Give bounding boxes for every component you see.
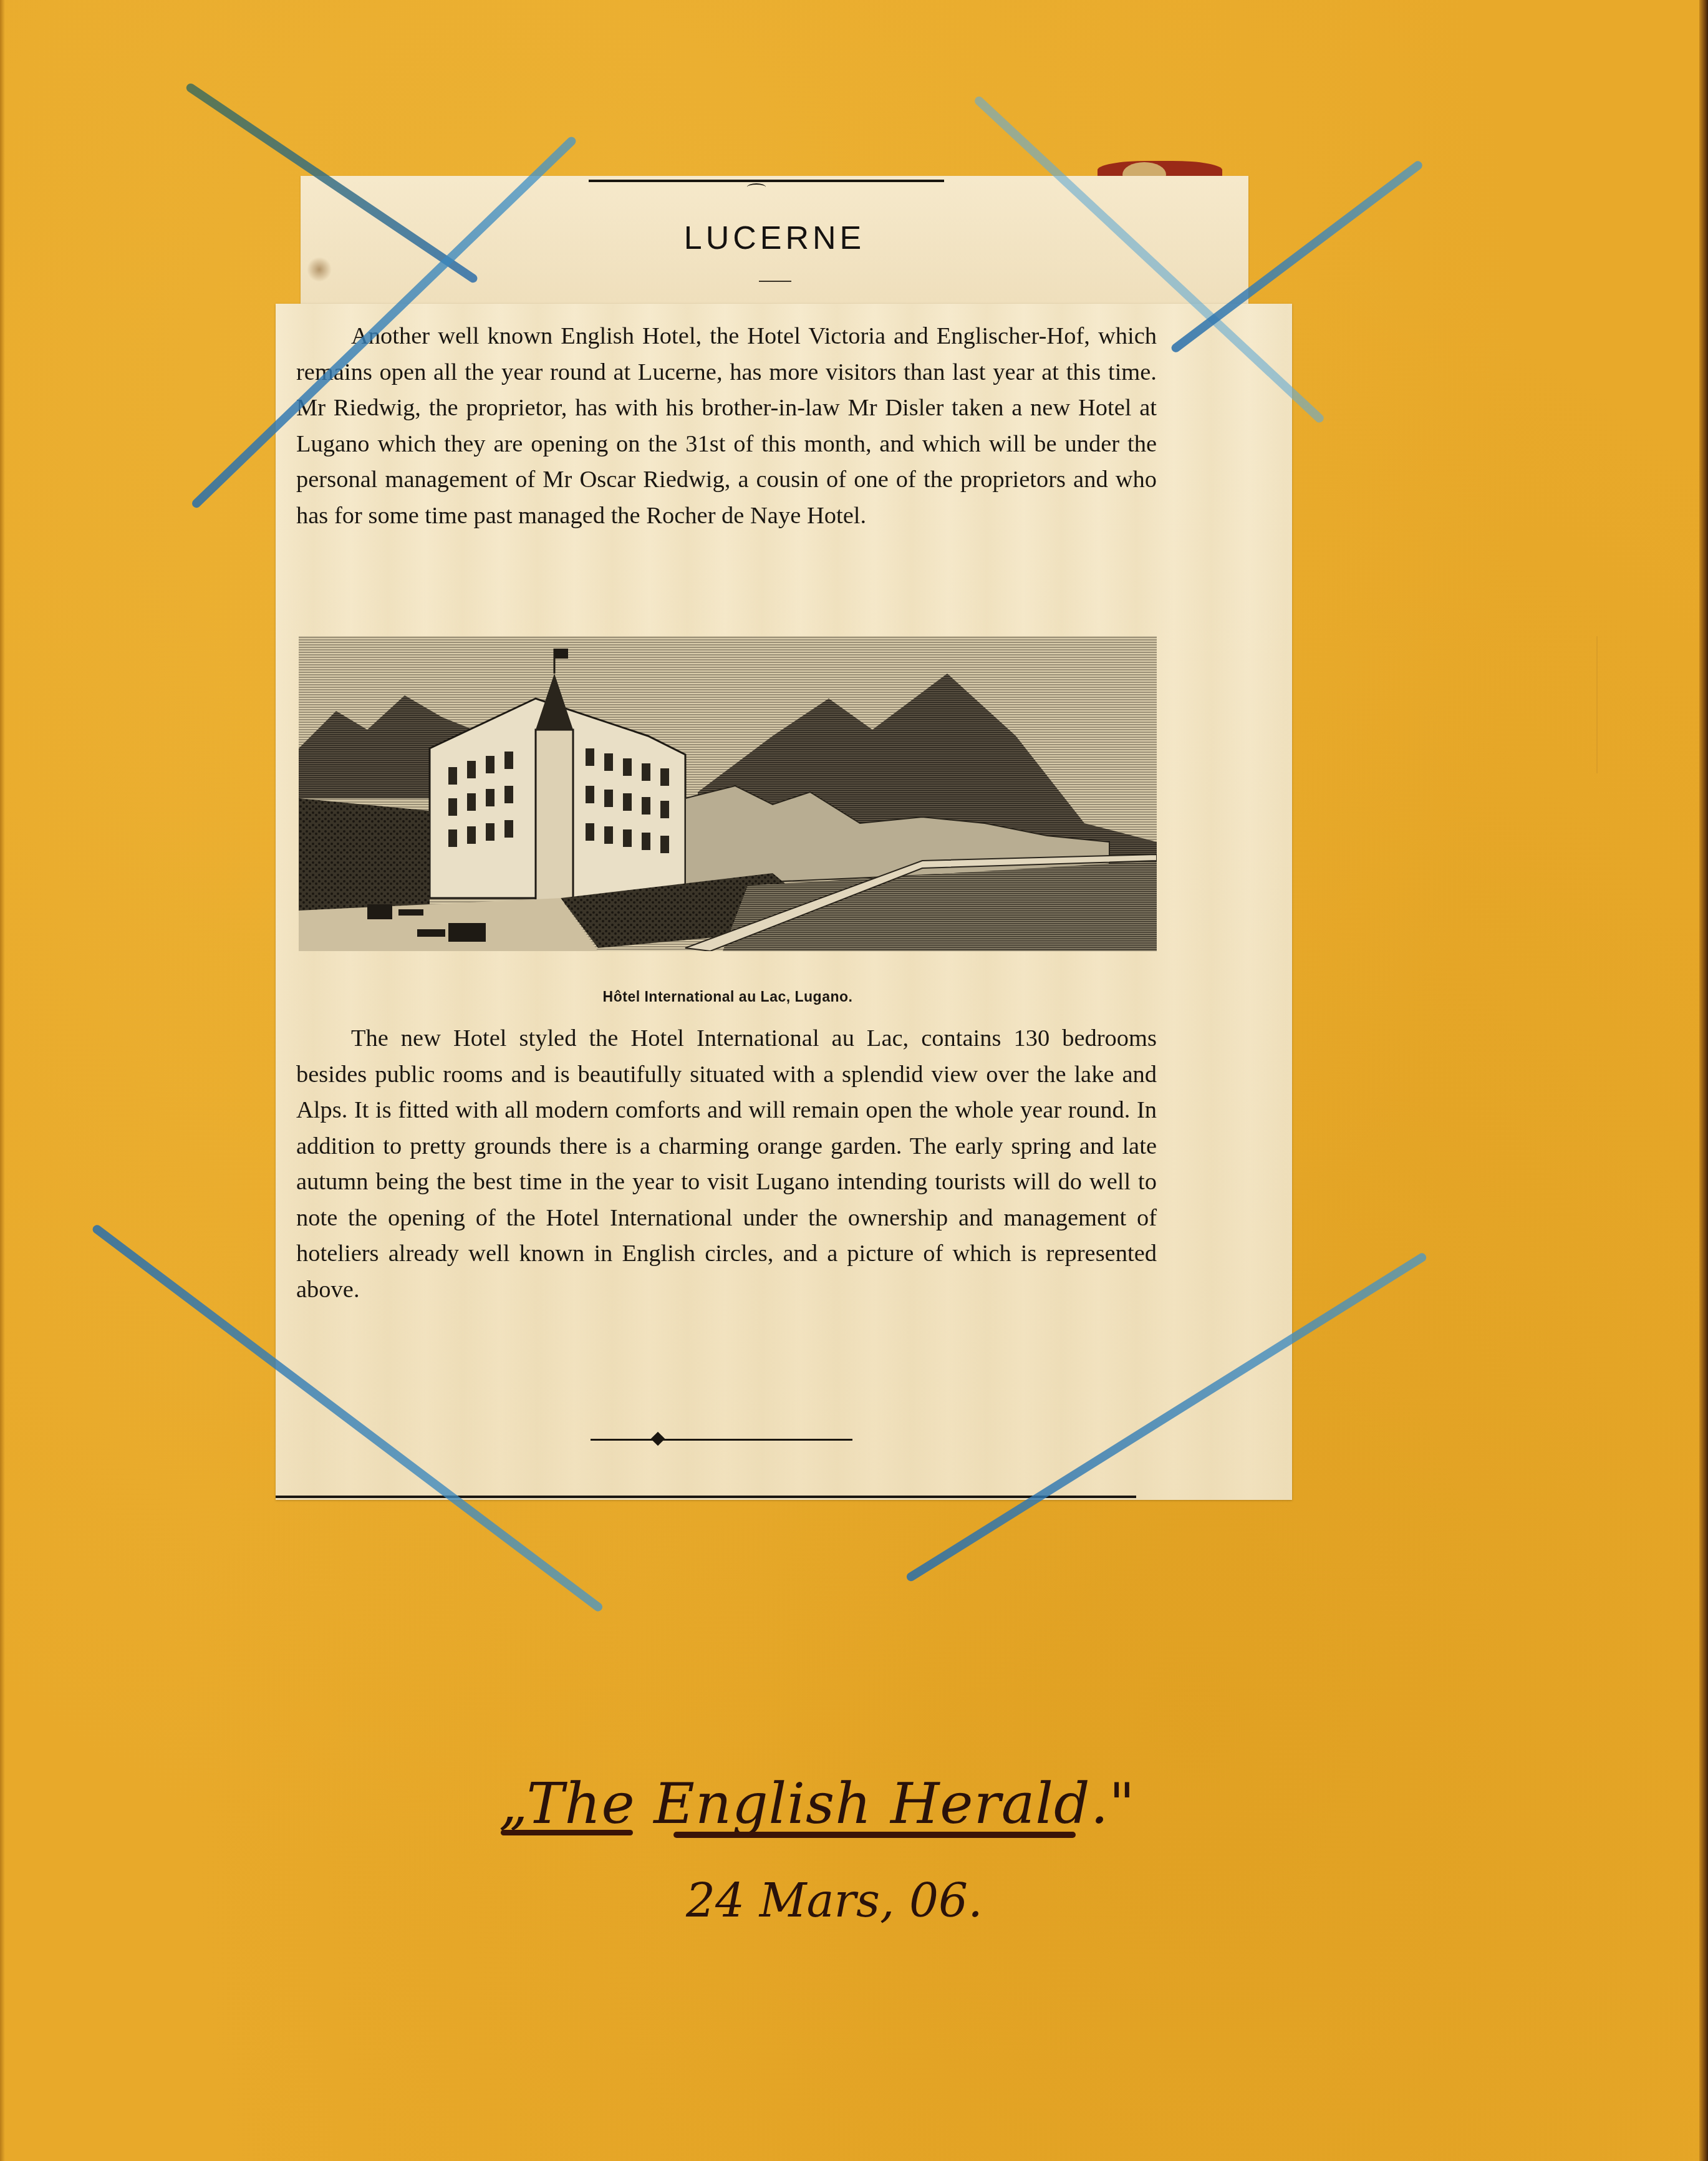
end-rule-diamond-ornament — [651, 1432, 665, 1446]
article-end-rule — [591, 1439, 852, 1441]
header-clipping: LUCERNE — [301, 176, 1248, 304]
illustration-caption: Hôtel International au Lac, Lugano. — [276, 989, 1180, 1005]
title-underline — [759, 281, 791, 282]
album-page-right-edge — [1699, 0, 1708, 2161]
article-clipping: Another well known English Hotel, the Ho… — [276, 304, 1292, 1500]
paragraph-2-text: The new Hotel styled the Hotel Internati… — [296, 1025, 1157, 1303]
handwritten-source: „The English Herald." — [499, 1771, 1136, 1837]
article-paragraph-2: The new Hotel styled the Hotel Internati… — [296, 1021, 1157, 1308]
paper-fold-mark — [1596, 636, 1598, 773]
hotel-engraving-illustration — [299, 636, 1157, 951]
article-paragraph-1: Another well known English Hotel, the Ho… — [296, 319, 1157, 534]
header-top-rule — [589, 180, 944, 182]
clipping-bottom-rule — [276, 1496, 1136, 1498]
paragraph-1-text: Another well known English Hotel, the Ho… — [296, 323, 1157, 529]
glue-stain — [307, 257, 332, 282]
header-rule-ornament — [747, 183, 766, 191]
album-page-left-edge — [0, 0, 5, 2161]
handwritten-underline-left — [501, 1830, 633, 1835]
handwritten-date: 24 Mars, 06. — [686, 1874, 983, 1928]
handwritten-underline-right — [673, 1832, 1076, 1838]
